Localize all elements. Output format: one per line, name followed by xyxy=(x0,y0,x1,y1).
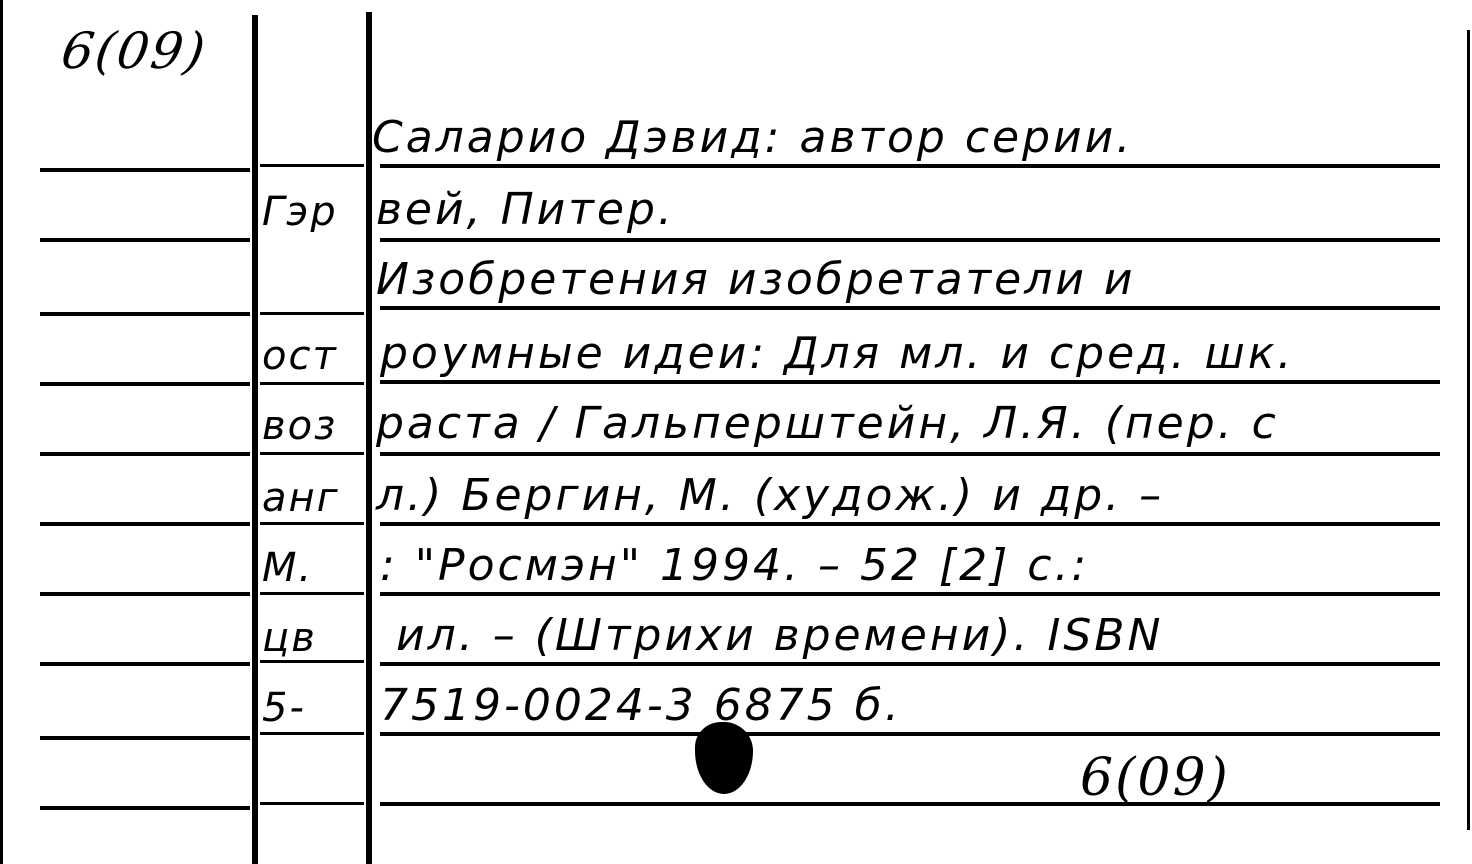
card-margin-text: Гэр xyxy=(262,192,366,232)
ruled-line xyxy=(260,592,364,595)
card-margin-text: 5- xyxy=(262,688,366,728)
card-margin-text: цв xyxy=(262,618,366,658)
ruled-line xyxy=(40,312,250,316)
ruled-line xyxy=(380,732,1440,736)
card-left-edge xyxy=(0,0,3,864)
ink-blot xyxy=(695,722,753,794)
card-margin-text: ост xyxy=(262,336,366,376)
shelf-mark-bottom: 6(09) xyxy=(1080,748,1230,808)
card-text-line: роумные идеи: Для мл. и сред. шк. xyxy=(380,332,1294,376)
ruled-line xyxy=(40,662,250,666)
card-right-edge xyxy=(1467,30,1470,830)
card-text-line: : "Росмэн" 1994. – 52 [2] с.: xyxy=(380,544,1089,588)
ruled-line xyxy=(40,736,250,740)
ruled-line xyxy=(260,732,364,735)
ruled-line xyxy=(380,380,1440,384)
column-divider-1 xyxy=(252,15,258,864)
ruled-line xyxy=(380,662,1440,666)
ruled-line xyxy=(260,802,364,805)
ruled-line xyxy=(380,164,1440,168)
shelf-mark-top: 6(09) xyxy=(58,22,211,80)
ruled-line xyxy=(40,592,250,596)
card-margin-text: воз xyxy=(262,406,366,446)
ruled-line xyxy=(380,592,1440,596)
ruled-line xyxy=(260,522,364,525)
ruled-line xyxy=(40,382,250,386)
ruled-line xyxy=(260,660,364,663)
ruled-line xyxy=(380,802,1440,806)
ruled-line xyxy=(380,522,1440,526)
ruled-line xyxy=(260,452,364,455)
ruled-line xyxy=(380,452,1440,456)
ruled-line xyxy=(380,306,1440,310)
ruled-line xyxy=(380,238,1440,242)
ruled-line xyxy=(40,168,250,172)
card-text-line: ил. – (Штрихи времени). ISBN xyxy=(396,614,1163,658)
ruled-line xyxy=(260,164,364,167)
card-text-line: Изобретения изобретатели и xyxy=(376,258,1136,302)
ruled-line xyxy=(260,382,364,385)
ruled-line xyxy=(40,238,250,242)
card-margin-text: М. xyxy=(262,548,366,588)
card-text-line: Саларио Дэвид: автор серии. xyxy=(372,116,1133,160)
ruled-line xyxy=(40,522,250,526)
ruled-line xyxy=(260,312,364,315)
ruled-line xyxy=(40,806,250,810)
card-text-line: л.) Бергин, М. (худож.) и др. – xyxy=(376,474,1164,518)
card-margin-text: анг xyxy=(262,478,366,518)
card-text-line: вей, Питер. xyxy=(376,188,675,232)
catalog-card: 6(09) Саларио Дэвид: автор серии.Гэрвей,… xyxy=(0,0,1472,864)
card-text-line: раста / Гальперштейн, Л.Я. (пер. с xyxy=(376,402,1279,446)
ruled-line xyxy=(40,452,250,456)
card-text-line: 7519-0024-3 6875 б. xyxy=(380,684,902,728)
